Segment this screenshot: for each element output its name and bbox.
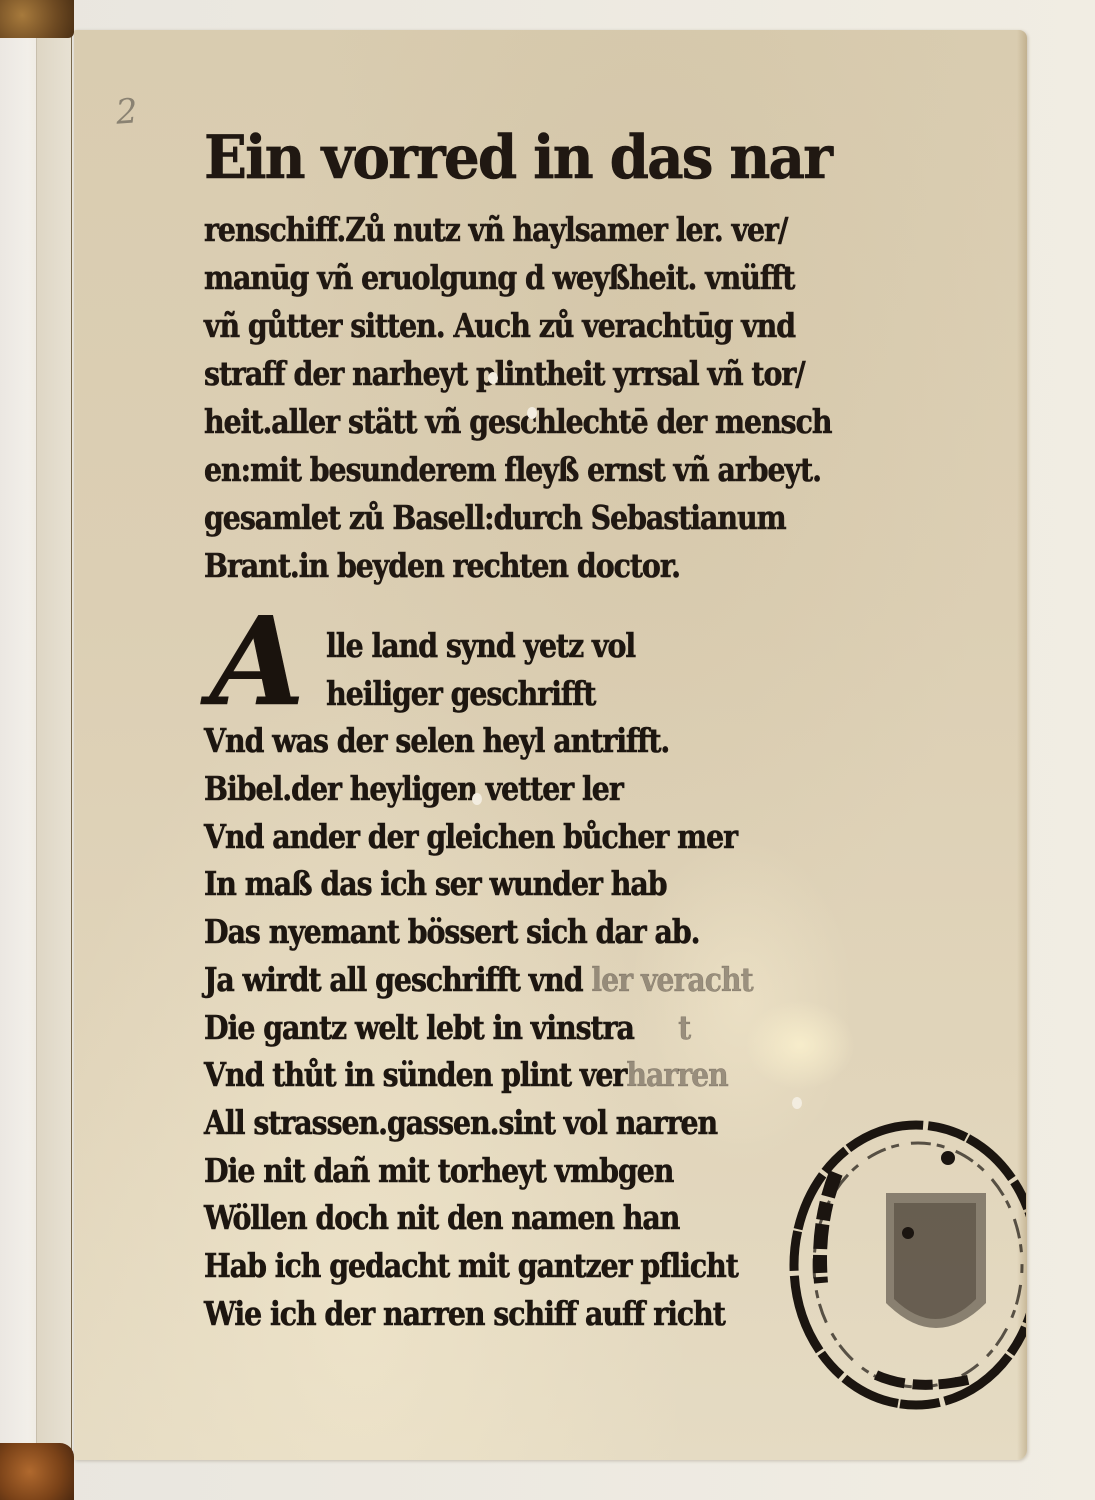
verse-line: Vnd was der selen heyl antrifft. xyxy=(204,717,763,765)
faded-text: t xyxy=(634,1008,690,1047)
wormhole xyxy=(792,1097,802,1109)
verse-line: Bibel.der heyligen vetter ler xyxy=(204,765,763,813)
leather-binding-top xyxy=(0,0,74,38)
leather-binding-bottom xyxy=(0,1443,74,1500)
verse-text: Ja wirdt all geschrifft vnd xyxy=(204,960,591,999)
verse-line: Die nit dañ mit torheyt vmbgen xyxy=(204,1147,763,1195)
wormhole xyxy=(527,407,537,419)
water-stain xyxy=(745,1000,855,1090)
verse-line: Ja wirdt all geschrifft vnd ler veracht xyxy=(204,956,763,1004)
verse-text: Die gantz welt lebt in vinstra xyxy=(204,1008,634,1047)
prose-line: renschiff.Zů nutz vñ haylsamer ler. ver/ xyxy=(204,206,806,254)
verse-line: In maß das ich ser wunder hab xyxy=(204,860,763,908)
folio-number: 2 xyxy=(115,91,139,132)
binding-board xyxy=(0,0,72,1500)
prose-line: manūg vñ eruolgung d weyßheit. vnüfft xyxy=(204,254,806,302)
wormhole xyxy=(472,793,482,805)
prose-line: straff der narheyt plintheit yrrsal vñ t… xyxy=(204,350,806,398)
verse-line: heiliger geschrifft xyxy=(204,670,763,718)
wormhole xyxy=(488,372,498,384)
verse-line: lle land synd yetz vol xyxy=(204,622,763,670)
prose-line: vñ gůtter sitten. Auch zů verachtūg vnd xyxy=(204,302,806,350)
verse-line: Vnd ander der gleichen bůcher mer xyxy=(204,813,763,861)
title-line: Ein vorred in das nar xyxy=(204,118,862,206)
verse-line: Wie ich der narren schiff auff richt xyxy=(204,1290,763,1338)
prose-line: gesamlet zů Basell:durch Sebastianum xyxy=(204,494,806,542)
verse-line: All strassen.gassen.sint vol narren xyxy=(204,1099,763,1147)
prose-line: en:mit besunderem fleyß ernst vñ arbeyt. xyxy=(204,446,806,494)
prose-line: heit.aller stätt vñ geschlechtē der mens… xyxy=(204,398,806,446)
binding-fold xyxy=(36,28,71,1448)
faded-text: ler veracht xyxy=(591,960,752,999)
prose-line: Brant.in beyden rechten doctor. xyxy=(204,542,806,590)
verse-line: Vnd thůt in sünden plint verharren xyxy=(204,1051,763,1099)
verse-line: Wöllen doch nit den namen han xyxy=(204,1194,763,1242)
verse-line: Das nyemant bössert sich dar ab. xyxy=(204,908,763,956)
preface-heading-block: Ein vorred in das nar renschiff.Zů nutz … xyxy=(204,118,904,590)
verse-line: Hab ich gedacht mit gantzer pflicht xyxy=(204,1242,763,1290)
verse-line: Die gantz welt lebt in vinstra t xyxy=(204,1004,763,1052)
library-stamp-icon xyxy=(776,1113,1026,1413)
verse-text: Vnd thůt in sünden plint ver xyxy=(204,1055,626,1094)
faded-text: harren xyxy=(626,1055,727,1094)
verse-block: A lle land synd yetz vol heiliger geschr… xyxy=(204,622,854,1337)
